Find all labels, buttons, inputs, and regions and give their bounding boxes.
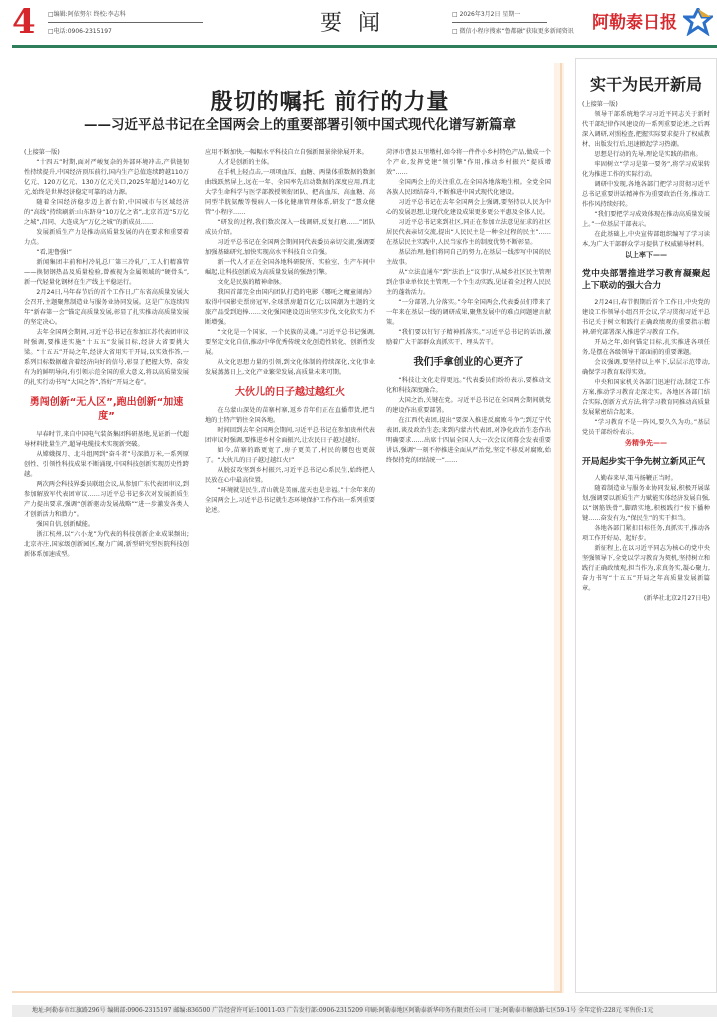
article-column-3: 菏泽市曹县五里墩村,如今将一件件小乡村特色产品,做成一个个产业,发挥党建“领引擎… xyxy=(386,148,551,988)
paragraph: “科技让文化走得更远。”代表委员们纷纷表示,要推动文化和科技深度融合。 xyxy=(386,376,551,396)
date-info: □ 2026年3月2日 星期一 □ 微信小程序搜索“鲁都融”获取更多新闻资讯 xyxy=(452,9,612,37)
paragraph: 中央和国家机关各部门迅速行动,制定工作方案,推动学习教育走深走实。各地区各部门结… xyxy=(582,378,710,418)
newspaper-brand: 阿勒泰日报 xyxy=(592,8,677,33)
paragraph: 时间回到去年全国两会期间,习近平总书记在参加贵州代表团审议时强调,要推进乡村全面… xyxy=(205,426,375,446)
paragraph: 浙江杭州,以“六小龙”为代表的科技创新企业成果频出;北京亦庄,国家级创新园区,聚… xyxy=(24,530,189,560)
wechat-line: □ 微信小程序搜索“鲁都融”获取更多新闻资讯 xyxy=(452,26,612,37)
header-rule xyxy=(12,45,717,48)
section-subtitle: 大伙儿的日子越过越红火 xyxy=(205,386,375,400)
paragraph: “环境就是民生,青山就是美丽,蓝天也是幸福。”十余年来的全国两会上,习近平总书记… xyxy=(205,486,375,516)
section-kicker: 务精争先—— xyxy=(582,438,710,448)
paragraph: 从脱贫攻坚到乡村振兴,习近平总书记心系民生,始终把人民放在心中最高位置。 xyxy=(205,466,375,486)
paragraph: 在江西代表团,提出“要深入推进反腐败斗争”;到辽宁代表团,谈及政治生态;来到内蒙… xyxy=(386,416,551,466)
paragraph: 人勤春来早,策马扬鞭正当时。 xyxy=(582,474,710,484)
paragraph: 习近平总书记在全国两会期间同代表委员亲切交流,强调要加强基础研究,加快实现高水平… xyxy=(205,238,375,258)
paragraph: “看,迎鲁强!” xyxy=(24,248,189,258)
paragraph: 两次两会科技界委员联组会议,从参加广东代表团审议,到参加解放军代表团审议……习近… xyxy=(24,480,189,520)
paragraph: 新闻集团丰前和村冷轧总厂第三冷轧厂,工人们精准管——换韧钢热品及质量检验,曾被视… xyxy=(24,258,189,288)
paragraph: 文化是民族的精神命脉。 xyxy=(205,278,375,288)
paragraph: 在此基础上,中央宣传部组织编写了学习读本,为广大干部群众学习提供了权威辅导材料。 xyxy=(582,230,710,250)
subheadline: ——习近平总书记在全国两会上的重要部署引领中国式现代化谱写新篇章 xyxy=(40,113,560,133)
editor-info: □编辑:阿依努尔 终校:李志科 □电话:0906-2315197 xyxy=(48,9,203,37)
paragraph: 菏泽市曹县五里墩村,如今将一件件小乡村特色产品,做成一个个产业,发挥党建“领引擎… xyxy=(386,148,551,178)
headline: 殷切的嘱托 前行的力量 xyxy=(100,85,560,116)
page-number: 4 xyxy=(12,4,36,40)
paragraph: (上接第一版) xyxy=(24,148,189,158)
article-column-1: (上接第一版) “十四五”时期,面对严峻复杂的外部环境冲击,产供链韧性持续提升,… xyxy=(24,148,189,988)
section-subtitle: 我们手拿创业的心更齐了 xyxy=(386,356,551,370)
paragraph: 从文化思想力量的引领,到文化体制的持续深化,文化事业发展蒸蒸日上,文化产业繁荣发… xyxy=(205,358,375,378)
paragraph: 新征程上,在以习近平同志为核心的党中央坚强领导下,全党以学习教育为契机,坚持树立… xyxy=(582,544,710,594)
divider xyxy=(452,22,547,23)
paragraph: 全国两会上的关注重点,在全国各地落地生根。全党全国各族人民团结奋斗,不断推进中国… xyxy=(386,178,551,198)
divider xyxy=(48,22,203,23)
paragraph: 强国自信,创新赋能。 xyxy=(24,520,189,530)
paragraph: 去年全国两会期间,习近平总书记在参加江苏代表团审议时强调,要推进实施“十五五”发… xyxy=(24,328,189,388)
paragraph: 随着全国经济稳步迈上新台阶,中国城市与区域经济的“高线”持续刷新:山东跻身“10… xyxy=(24,198,189,228)
paragraph: 领导干部系统地学习习近平同志关于新时代干部纪律作风建设的一系列重要论述,之后再深… xyxy=(582,110,710,150)
paragraph: 在乌蒙山深处的苗寨村寨,返乡青年们正在直播带货,把当地的土特产销往全国各地。 xyxy=(205,406,375,426)
paragraph: “一分部署,九分落实。”今年全国两会,代表委员们带来了一年来在基层一线的调研成果… xyxy=(386,298,551,328)
paragraph: 我国首部完全由国内团队打造的电影《哪吒之魔童闹海》取得中国影史票房冠军,全球票房… xyxy=(205,288,375,328)
paragraph: 发展新质生产力是推动高质量发展的内在要求和重要着力点。 xyxy=(24,228,189,248)
masthead: 4 □编辑:阿依努尔 终校:李志科 □电话:0906-2315197 要闻 □ … xyxy=(0,0,717,42)
paragraph: 早春时节,来自中国电气装备集团科研基地,见证新一代超导材料批量生产,超导电缆技术… xyxy=(24,430,189,450)
paragraph: “我们要把学习成效体现在推动高质量发展上。”一位基层干部表示。 xyxy=(582,210,710,230)
article-column-2: 应用不断加快,一幅幅水平科技自立自强新图景徐徐展开来。 人才是创新的主体。 在手… xyxy=(205,148,375,988)
editor-line: □编辑:阿依努尔 终校:李志科 xyxy=(48,9,203,20)
paragraph: 各地各部门紧扣目标任务,真抓实干,推动各项工作开好局、起好步。 xyxy=(582,524,710,544)
side-article-body: (上接第一版) 领导干部系统地学习习近平同志关于新时代干部纪律作风建设的一系列重… xyxy=(582,100,710,985)
paragraph: 基层治理,他们将同自己的努力,在基层一线涉写中国的民主故事。 xyxy=(386,248,551,268)
side-article-title: 实干为民开新局 xyxy=(578,72,714,95)
paragraph: 2月24日,马年春节后的首个工作日,广东省高质量发展大会召开,主题聚焦制造业与服… xyxy=(24,288,189,328)
paragraph: 从嫦娥探月、北斗组网到“奋斗者”号深潜万米,一系列原创性、引领性科技成果不断涌现… xyxy=(24,450,189,480)
paragraph: 开局之年,如何锚定目标,扎实推进各项任务,是摆在各级领导干部面前的重要课题。 xyxy=(582,338,710,358)
paragraph: 新一代人才正在全国各地科研院所、实验室、生产车间中崛起,让科技创新成为高质量发展… xyxy=(205,258,375,278)
paragraph: 在手机上轻点击,一项项血压、血糖、两量体重数据的数据曲线跃然屏上,远在一年、全国… xyxy=(205,168,375,218)
publication-footer: 地址:阿勒泰市红旗路296号 编辑部:0906-2315197 邮编:83650… xyxy=(12,1005,717,1017)
paragraph: 牢固树立“学习是第一要务”,将学习成果转化为推进工作的实际行动。 xyxy=(582,160,710,180)
paragraph: “研发的过程,我们数次深入一线调研,反复打磨……”团队成员介绍。 xyxy=(205,218,375,238)
paragraph: 应用不断加快,一幅幅水平科技自立自强新图景徐徐展开来。 xyxy=(205,148,375,158)
paragraph: 随着制造业与服务业协同发展,积极开展谋划,强调要以新质生产力赋能实体经济发展自强… xyxy=(582,484,710,524)
star-logo-icon xyxy=(683,8,713,36)
paragraph: 从“立法直通车”到“法治上”议事厅,从城乡社区民主管理到企事业单位民主管理,一个… xyxy=(386,268,551,298)
section-title: 要闻 xyxy=(320,6,396,37)
paragraph: 习近平总书记来到社区,同正在参加立法意见征求的社区居民代表亲切交流,提出“人民民… xyxy=(386,218,551,248)
paragraph: 如今,苗寨的路更宽了,房子更美了,村民的腰包也更鼓了。“大伙儿的日子越过越红火!… xyxy=(205,446,375,466)
section-heading: 党中央部署推进学习教育凝聚起上下联动的强大合力 xyxy=(582,268,710,292)
paragraph: 会议强调,要坚持以上率下,层层示范带动,确保学习教育取得实效。 xyxy=(582,358,710,378)
paragraph: 思想是行动的先导,理论是实践的指南。 xyxy=(582,150,710,160)
paragraph: 人才是创新的主体。 xyxy=(205,158,375,168)
paragraph: “我们要以钉钉子精神抓落实。”习近平总书记的话语,激励着广大干部群众真抓实干、埋… xyxy=(386,328,551,348)
paragraph: 2月24日,春节假期后首个工作日,中央党的建设工作领导小组召开会议,学习贯彻习近… xyxy=(582,298,710,338)
paragraph: “学习教育不是一阵风,要久久为功。”基层党员干部纷纷表示。 xyxy=(582,418,710,438)
paragraph: 调研中发现,各地各部门把学习贯彻习近平总书记重要讲话精神作为重要政治任务,推动工… xyxy=(582,180,710,210)
paragraph: 大国之治,关键在党。习近平总书记在全国两会期间就党的建设作出重要部署。 xyxy=(386,396,551,416)
paragraph: (上接第一版) xyxy=(582,100,710,110)
paragraph: “十四五”时期,面对严峻复杂的外部环境冲击,产供链韧性持续提升,中国经济顶压前行… xyxy=(24,158,189,198)
section-subtitle: 勇闯创新“无人区”,跑出创新“加速度” xyxy=(24,396,189,424)
paragraph: 习近平总书记在去年全国两会上强调,要坚持以人民为中心的发展思想,让现代化建设成果… xyxy=(386,198,551,218)
paragraph: “文化是一个国家、一个民族的灵魂。”习近平总书记强调,要坚定文化自信,推动中华优… xyxy=(205,328,375,358)
section-heading: 开局起步实干争先树立新风正气 xyxy=(582,456,710,468)
phone-line: □电话:0906-2315197 xyxy=(48,26,203,37)
byline: (新华社北京2月27日电) xyxy=(582,594,710,604)
section-kicker: 以上率下—— xyxy=(582,250,710,260)
date-line: □ 2026年3月2日 星期一 xyxy=(452,9,612,20)
